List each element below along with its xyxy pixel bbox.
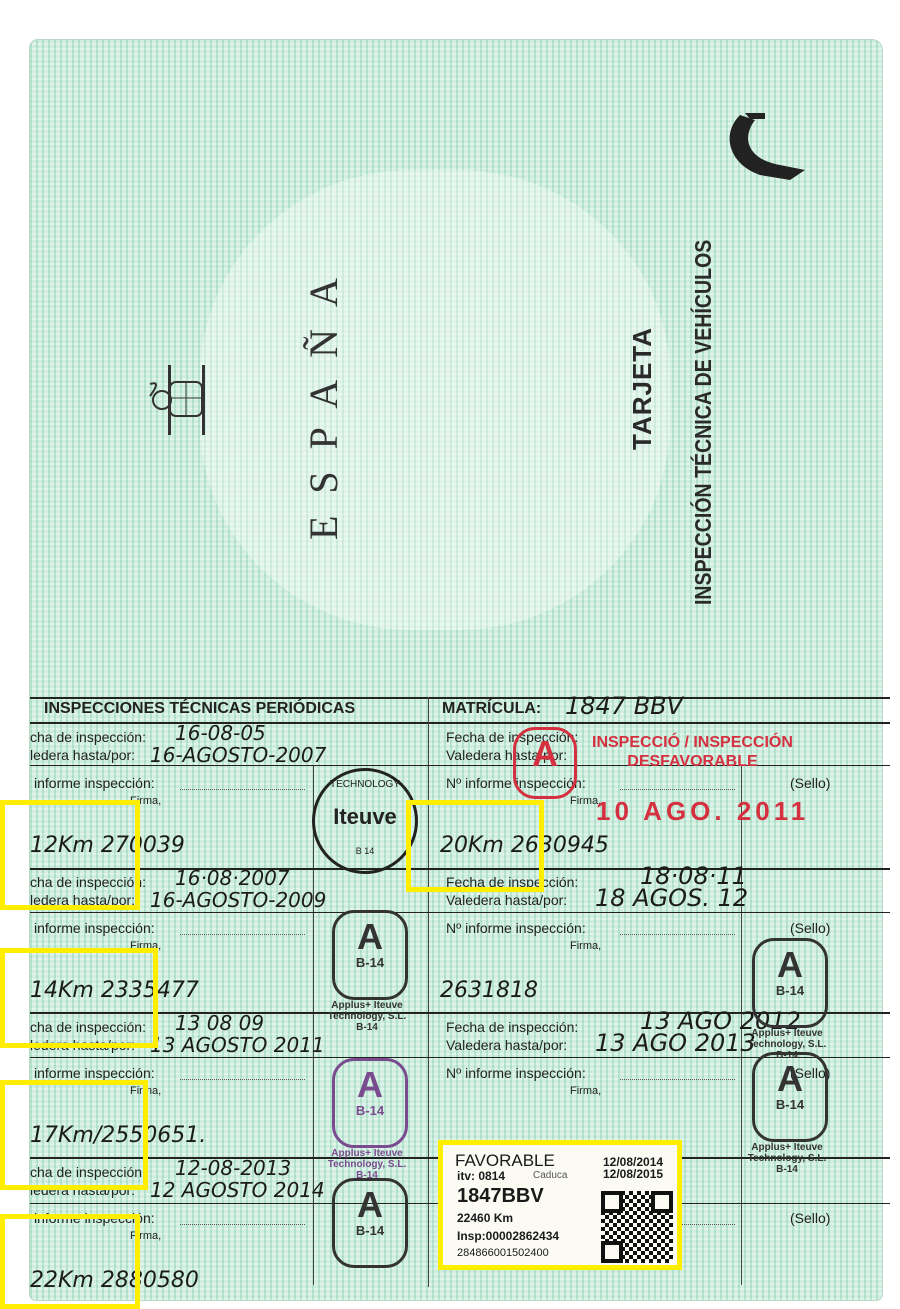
- stamp-iteuve: Iteuve: [315, 804, 415, 830]
- stamp-code: B-14: [755, 1097, 825, 1112]
- left-informe-dots: [180, 934, 305, 935]
- left-valedera-label: ledera hasta/por:: [30, 747, 135, 763]
- stamp-letter: A: [335, 1187, 405, 1223]
- right-sello-label: (Sello): [790, 775, 830, 791]
- highlight-box: [0, 948, 158, 1048]
- divider: [428, 697, 429, 1287]
- stamp-code: B-14: [335, 1223, 405, 1238]
- card-title: TARJETA: [627, 327, 658, 450]
- stamp-code: B-14: [755, 983, 825, 998]
- applus-a-stamp: AB-14: [332, 1178, 408, 1268]
- sticker-km: 22460 Km: [457, 1211, 513, 1225]
- left-informe-label: informe inspección:: [34, 920, 155, 936]
- card-subtitle: INSPECCIÓN TÉCNICA DE VEHÍCULOS: [690, 240, 717, 605]
- right-valedera-label: Valedera hasta/por:: [446, 892, 567, 908]
- qr-code-icon: [601, 1191, 673, 1263]
- right-firma-label: Firma,: [570, 1085, 601, 1097]
- periodic-inspections-heading: INSPECCIONES TÉCNICAS PERIÓDICAS: [44, 700, 355, 718]
- sticker-code: 284866001502400: [457, 1247, 549, 1259]
- highlight-box: [0, 1214, 140, 1309]
- right-informe-dots: [620, 789, 735, 790]
- divider: [313, 765, 314, 1285]
- left-informe-label: informe inspección:: [34, 775, 155, 791]
- right-sello-label: (Sello): [790, 920, 830, 936]
- stamp-caption: Applus+ Iteuve Technology, S.L. B-14: [742, 1142, 832, 1175]
- left-fecha-value: 12-08-2013: [175, 1156, 291, 1180]
- red-applus-stamp: A: [513, 727, 577, 799]
- stamp-code: B 14: [315, 846, 415, 856]
- divider: [30, 722, 890, 724]
- sticker-plate: 1847BBV: [457, 1185, 544, 1208]
- stamp-caption: Applus+ Iteuve Technology, S.L. B-14: [322, 1148, 412, 1181]
- applus-a-stamp: AB-14: [752, 938, 828, 1028]
- unfavorable-stamp-line1: INSPECCIÓ / INSPECCIÓN: [592, 733, 793, 752]
- right-valedera-value: 13 AGO 2013: [595, 1029, 756, 1057]
- sticker-insp: Insp:00002862434: [457, 1229, 559, 1243]
- left-fecha-label: cha de inspección:: [30, 729, 146, 745]
- highlight-box: [406, 800, 544, 892]
- right-valedera-label: Valedera hasta/por:: [446, 1037, 567, 1053]
- stamp-caption: Applus+ Iteuve Technology, S.L. B-14: [322, 1000, 412, 1033]
- divider: [30, 912, 890, 913]
- right-valedera-value: 18 AGOS. 12: [595, 884, 748, 912]
- applus-a-stamp: AB-14: [752, 1052, 828, 1142]
- plate-label: MATRÍCULA:: [442, 700, 541, 718]
- right-sello-label: (Sello): [790, 1210, 830, 1226]
- stamp-letter: A: [335, 1067, 405, 1103]
- left-informe-dots: [180, 1079, 305, 1080]
- left-fecha-value: 16-08-05: [175, 721, 266, 745]
- unfavorable-date: 10 AGO. 2011: [596, 796, 809, 827]
- itv-sticker: FAVORABLE 12/08/2014 itv: 0814 Caduca 12…: [438, 1140, 682, 1270]
- left-fecha-value: 13 08 09: [175, 1011, 264, 1035]
- right-fecha-label: Fecha de inspección:: [446, 1019, 578, 1035]
- stamp-code: B-14: [335, 1103, 405, 1118]
- left-informe-label: informe inspección:: [34, 1065, 155, 1081]
- right-firma-label: Firma,: [570, 940, 601, 952]
- right-informe-label: Nº informe inspección:: [446, 1065, 586, 1081]
- right-informe-label: Nº informe inspección:: [446, 920, 586, 936]
- left-valedera-value: 16-AGOSTO-2007: [150, 743, 326, 767]
- sticker-expiry-date: 12/08/2015: [603, 1167, 663, 1181]
- unfavorable-stamp-line2: DESFAVORABLE: [592, 752, 793, 771]
- left-valedera-value: 13 AGOSTO 2011: [150, 1033, 325, 1057]
- unfavorable-stamp: INSPECCIÓ / INSPECCIÓN DESFAVORABLE: [592, 733, 793, 771]
- stamp-letter: A: [755, 1061, 825, 1097]
- stamp-letter: A: [516, 736, 574, 772]
- stamp-technology: TECHNOLOGY: [315, 779, 415, 790]
- stamp-letter: A: [335, 919, 405, 955]
- left-informe-dots: [180, 1224, 305, 1225]
- sticker-result: FAVORABLE: [455, 1151, 555, 1171]
- right-km-report: 2631818: [440, 978, 538, 1003]
- left-valedera-value: 12 AGOSTO 2014: [150, 1178, 325, 1202]
- left-fecha-value: 16·08·2007: [175, 866, 290, 890]
- sticker-caduca-label: Caduca: [533, 1170, 567, 1181]
- highlight-box: [0, 1080, 148, 1190]
- applus-a-stamp: AB-14: [332, 910, 408, 1000]
- coat-of-arms-icon: [140, 360, 220, 440]
- right-informe-dots: [620, 934, 735, 935]
- stamp-code: B-14: [335, 955, 405, 970]
- sticker-itv: itv: 0814: [457, 1169, 505, 1183]
- stamp-letter: A: [755, 947, 825, 983]
- left-valedera-value: 16-AGOSTO-2009: [150, 888, 326, 912]
- dgt-logo-icon: [720, 105, 810, 185]
- right-informe-dots: [620, 1079, 735, 1080]
- divider: [30, 697, 890, 699]
- country-name: ESPAÑA: [300, 256, 347, 540]
- iteuve-stamp: TECHNOLOGY Iteuve B 14: [312, 768, 418, 874]
- applus-a-stamp: AB-14: [332, 1058, 408, 1148]
- highlight-box: [0, 800, 140, 910]
- plate-value: 1847 BBV: [565, 692, 683, 720]
- watermark-crest: [200, 170, 670, 630]
- left-informe-dots: [180, 789, 305, 790]
